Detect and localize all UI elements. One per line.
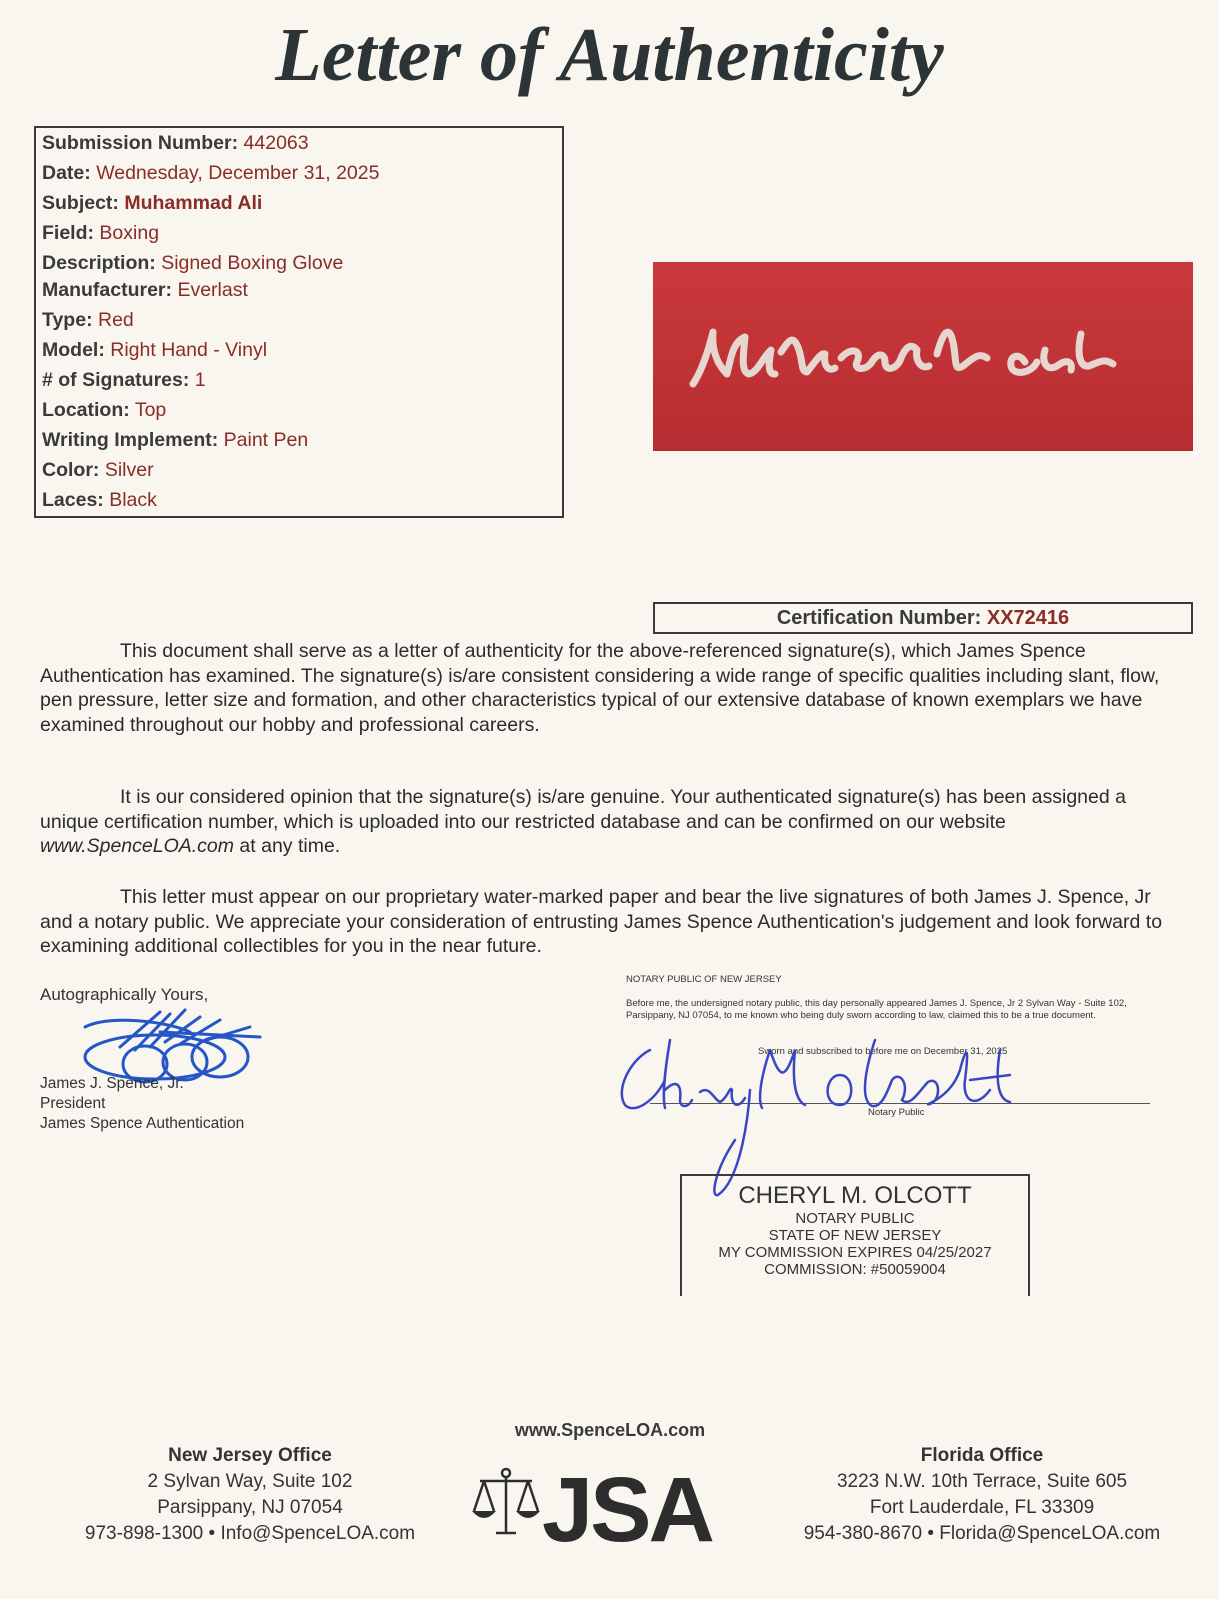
detail-value: Black <box>109 489 157 511</box>
detail-value: Everlast <box>177 279 247 301</box>
detail-row: Location: Top <box>42 399 166 422</box>
detail-value: Top <box>135 399 166 421</box>
detail-value: 1 <box>195 369 206 391</box>
handwritten-signature-icon <box>610 1020 1070 1200</box>
detail-label: Field: <box>42 222 94 244</box>
detail-label: Laces: <box>42 489 104 511</box>
detail-row: Field: Boxing <box>42 222 159 245</box>
certification-number: XX72416 <box>987 607 1069 629</box>
detail-label: Subject: <box>42 192 119 214</box>
nj-office-address1: 2 Sylvan Way, Suite 102 <box>20 1469 480 1495</box>
jsa-logo-text: JSA <box>542 1458 712 1563</box>
nj-office-contact: 973-898-1300 • Info@SpenceLOA.com <box>20 1521 480 1547</box>
fl-office: Florida Office 3223 N.W. 10th Terrace, S… <box>752 1443 1212 1547</box>
signer-name: James J. Spence, Jr. <box>40 1075 184 1093</box>
detail-value: Muhammad Ali <box>124 192 262 214</box>
signer-position: President <box>40 1095 105 1113</box>
scales-icon <box>470 1467 542 1544</box>
nj-office: New Jersey Office 2 Sylvan Way, Suite 10… <box>20 1443 480 1547</box>
paragraph-1: This document shall serve as a letter of… <box>40 639 1185 737</box>
detail-value: Silver <box>105 459 154 481</box>
notary-heading: NOTARY PUBLIC OF NEW JERSEY <box>626 974 782 985</box>
nj-office-heading: New Jersey Office <box>20 1443 480 1469</box>
detail-value: 442063 <box>244 132 309 154</box>
document-title: Letter of Authenticity <box>0 12 1219 99</box>
stamp-expires: MY COMMISSION EXPIRES 04/25/2027 <box>682 1244 1028 1261</box>
fl-office-contact: 954-380-8670 • Florida@SpenceLOA.com <box>752 1521 1212 1547</box>
certification-label: Certification Number: <box>777 607 981 629</box>
nj-office-address2: Parsippany, NJ 07054 <box>20 1495 480 1521</box>
detail-label: Manufacturer: <box>42 279 172 301</box>
detail-label: Model: <box>42 339 105 361</box>
detail-row: Laces: Black <box>42 489 157 512</box>
stamp-name: CHERYL M. OLCOTT <box>682 1182 1028 1210</box>
stamp-state: STATE OF NEW JERSEY <box>682 1227 1028 1244</box>
detail-row: Date: Wednesday, December 31, 2025 <box>42 162 379 185</box>
detail-row: Manufacturer: Everlast <box>42 279 248 302</box>
notary-stamp: CHERYL M. OLCOTT NOTARY PUBLIC STATE OF … <box>680 1174 1030 1296</box>
autograph-signature-icon <box>653 262 1193 451</box>
detail-label: Type: <box>42 309 93 331</box>
website-link[interactable]: www.SpenceLOA.com <box>40 835 234 857</box>
detail-label: Location: <box>42 399 130 421</box>
stamp-title: NOTARY PUBLIC <box>682 1210 1028 1227</box>
detail-label: Date: <box>42 162 91 184</box>
paragraph-2: It is our considered opinion that the si… <box>40 785 1185 859</box>
detail-value: Paint Pen <box>224 429 309 451</box>
detail-value: Signed Boxing Glove <box>161 252 343 274</box>
detail-value: Right Hand - Vinyl <box>110 339 267 361</box>
autograph-image <box>653 262 1193 451</box>
detail-value: Boxing <box>99 222 159 244</box>
fl-office-address1: 3223 N.W. 10th Terrace, Suite 605 <box>752 1469 1212 1495</box>
detail-row: Type: Red <box>42 309 134 332</box>
detail-row: Subject: Muhammad Ali <box>42 192 262 215</box>
detail-row: Writing Implement: Paint Pen <box>42 429 308 452</box>
detail-label: # of Signatures: <box>42 369 189 391</box>
detail-row: # of Signatures: 1 <box>42 369 206 392</box>
fl-office-address2: Fort Lauderdale, FL 33309 <box>752 1495 1212 1521</box>
stamp-commission: COMMISSION: #50059004 <box>682 1261 1028 1278</box>
signer-company: James Spence Authentication <box>40 1115 244 1133</box>
detail-label: Writing Implement: <box>42 429 218 451</box>
detail-label: Color: <box>42 459 99 481</box>
fl-office-heading: Florida Office <box>752 1443 1212 1469</box>
detail-row: Model: Right Hand - Vinyl <box>42 339 267 362</box>
detail-row: Color: Silver <box>42 459 154 482</box>
certification-number-box: Certification Number: XX72416 <box>653 602 1193 634</box>
detail-row: Description: Signed Boxing Glove <box>42 252 343 275</box>
notary-statement: Before me, the undersigned notary public… <box>626 998 1176 1022</box>
details-box: Submission Number: 442063Date: Wednesday… <box>34 126 564 518</box>
detail-value: Red <box>98 309 134 331</box>
footer-website[interactable]: www.SpenceLOA.com <box>440 1420 780 1441</box>
detail-label: Description: <box>42 252 156 274</box>
paragraph-3: This letter must appear on our proprieta… <box>40 885 1185 959</box>
detail-row: Submission Number: 442063 <box>42 132 309 155</box>
detail-label: Submission Number: <box>42 132 238 154</box>
detail-value: Wednesday, December 31, 2025 <box>96 162 379 184</box>
